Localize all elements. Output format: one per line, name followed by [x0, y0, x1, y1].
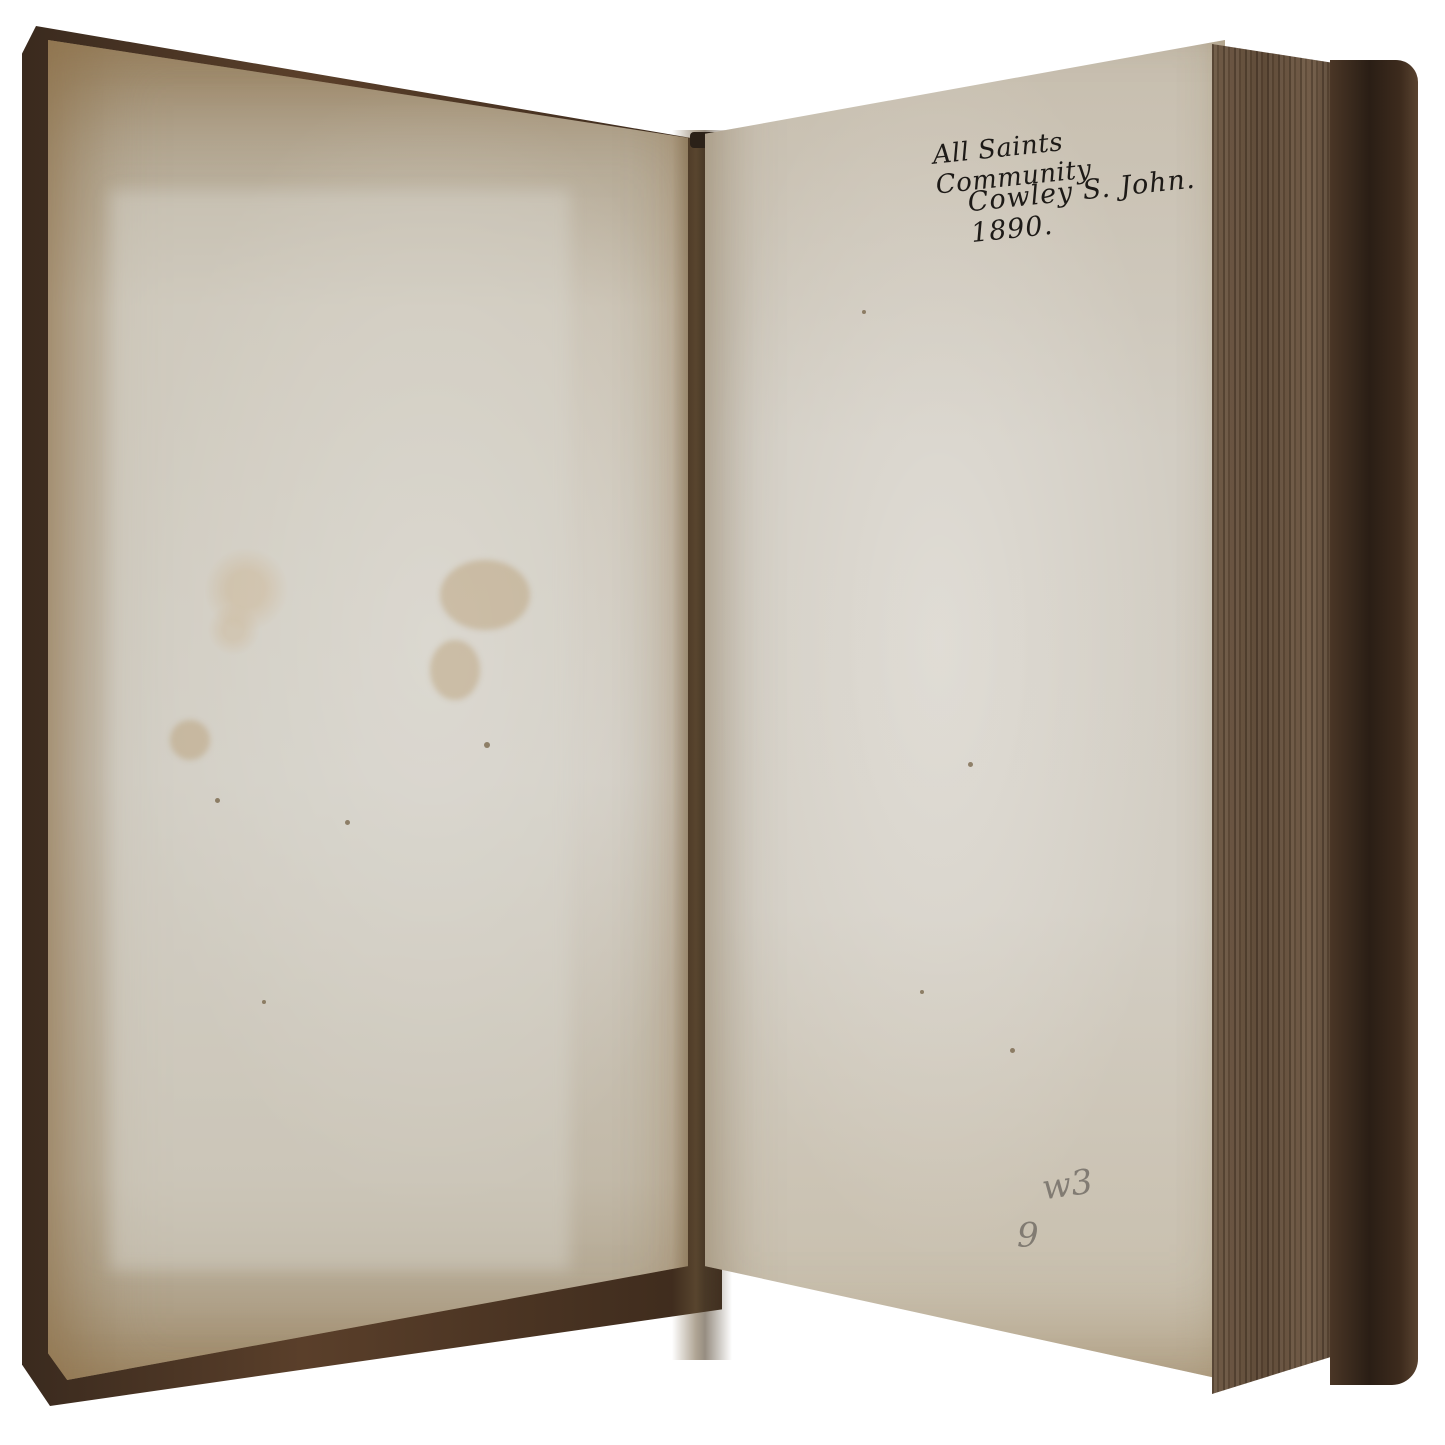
pencil-shelf-marks: w3 6	[1012, 1165, 1122, 1275]
water-stain	[170, 720, 210, 760]
foxing-spot	[262, 1000, 266, 1004]
foxing-spot	[920, 990, 924, 994]
foxing-spot	[1010, 1048, 1015, 1053]
book-photo: All Saints Community Cowley S. John. 189…	[0, 0, 1445, 1445]
foxing-spot	[862, 310, 866, 314]
foxing-spot	[484, 742, 490, 748]
foxing-spot	[968, 762, 973, 767]
foxing-spot	[345, 820, 350, 825]
foxing-spot	[215, 798, 220, 803]
pencil-mark-1: w3	[1039, 1162, 1095, 1209]
right-cover-board	[1330, 60, 1418, 1385]
water-stain	[430, 640, 480, 700]
text-block-fore-edge	[1212, 44, 1342, 1394]
pencil-mark-2: 6	[1017, 1213, 1039, 1253]
water-stain	[440, 560, 530, 630]
